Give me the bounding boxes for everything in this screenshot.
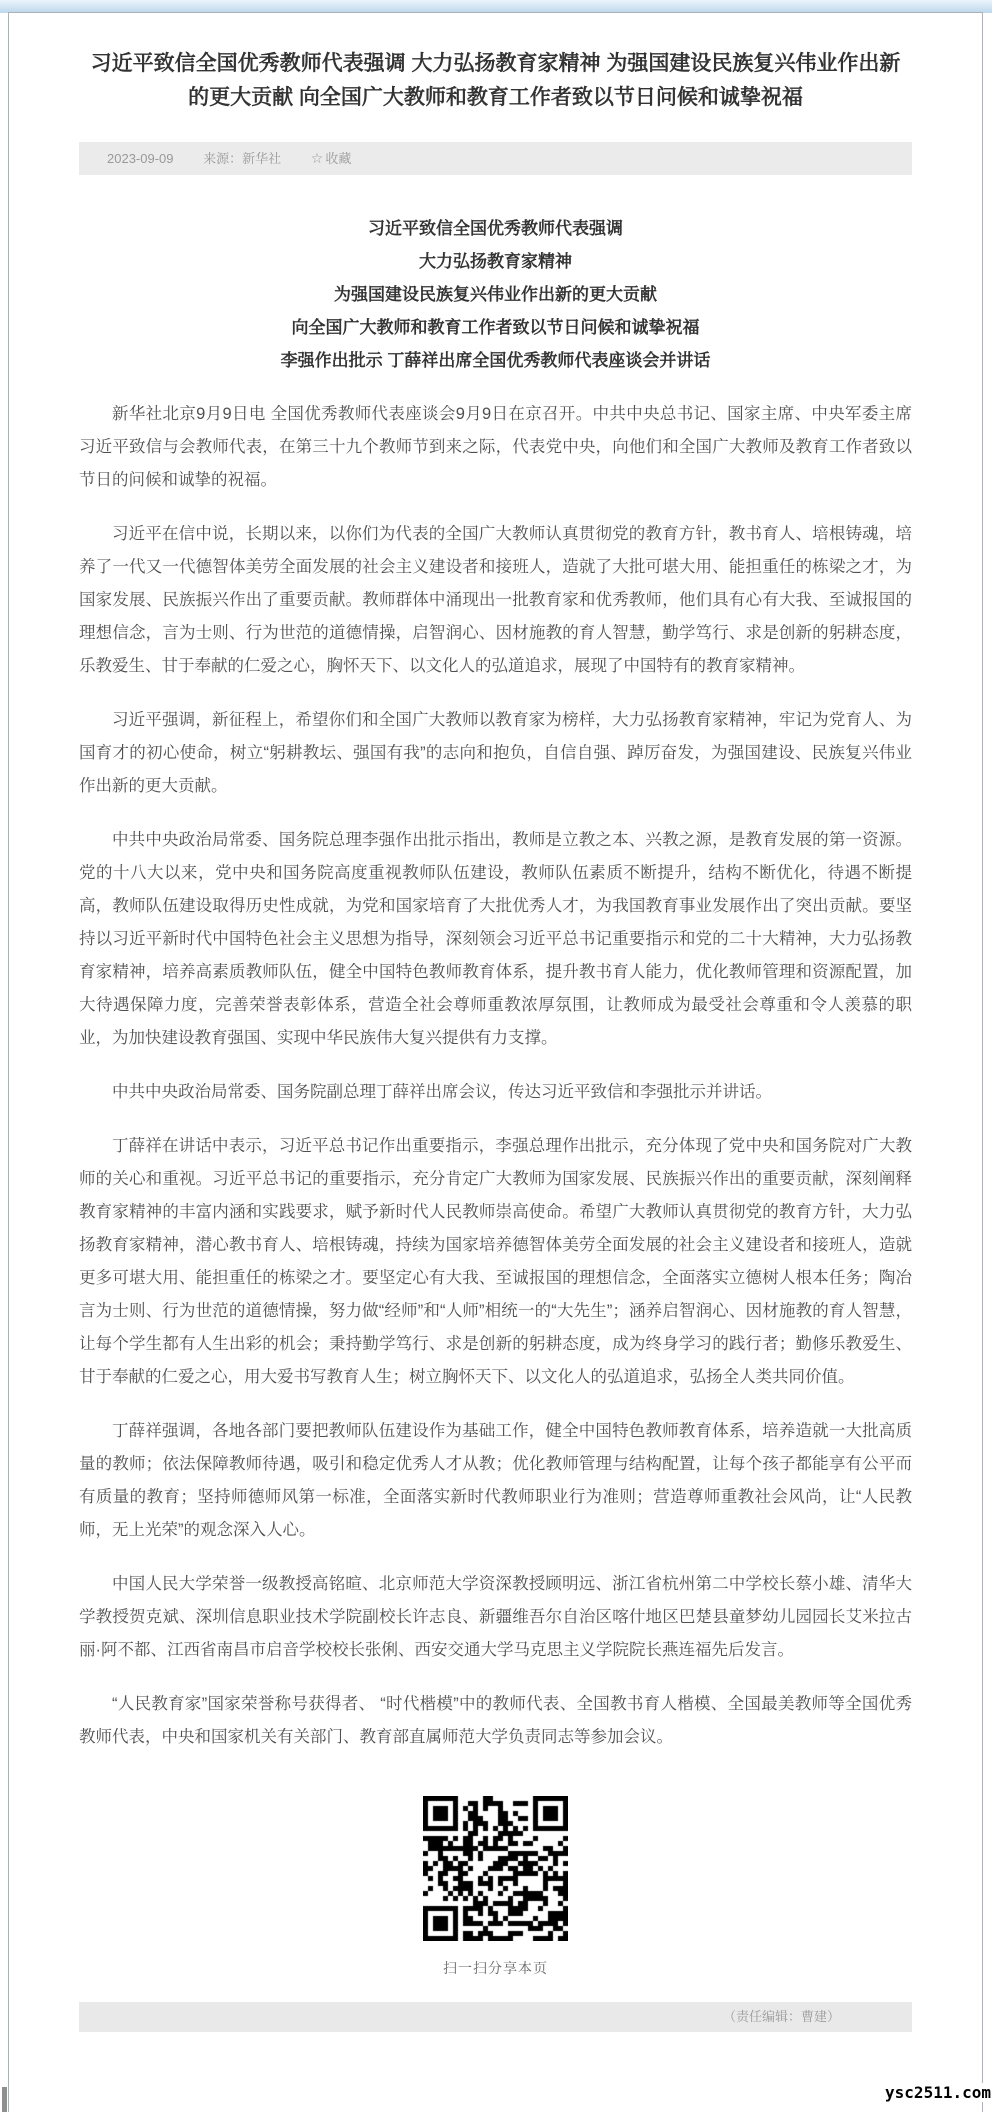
subtitle-line: 为强国建设民族复兴伟业作出新的更大贡献 [79, 278, 912, 311]
article-paragraph: 习近平在信中说，长期以来，以你们为代表的全国广大教师认真贯彻党的教育方针，教书育… [79, 518, 912, 683]
favorite-label: 收藏 [325, 151, 351, 166]
article-paragraph: 新华社北京9月9日电 全国优秀教师代表座谈会9月9日在京召开。中共中央总书记、国… [79, 398, 912, 497]
subtitle-line: 李强作出批示 丁薛祥出席全国优秀教师代表座谈会并讲话 [79, 344, 912, 377]
publish-date: 2023-09-09 [107, 151, 174, 166]
article-paragraph: 丁薛祥在讲话中表示，习近平总书记作出重要指示，李强总理作出批示，充分体现了党中央… [79, 1130, 912, 1394]
subtitle-line: 习近平致信全国优秀教师代表强调 [79, 212, 912, 245]
favorite-button[interactable]: ☆收藏 [311, 151, 352, 166]
subtitle-line: 向全国广大教师和教育工作者致以节日问候和诚挚祝福 [79, 311, 912, 344]
scrollbar-fragment[interactable] [2, 2087, 7, 2112]
qr-wrap [79, 1796, 912, 1946]
watermark: ysc2511.com [884, 2083, 992, 2102]
editor-note: （责任编辑：曹建） [723, 2009, 840, 2024]
article-subtitle: 习近平致信全国优秀教师代表强调大力弘扬教育家精神为强国建设民族复兴伟业作出新的更… [79, 212, 912, 377]
article-paragraph: 中共中央政治局常委、国务院总理李强作出批示指出，教师是立教之本、兴教之源，是教育… [79, 824, 912, 1055]
page-viewport: 习近平致信全国优秀教师代表强调 大力弘扬教育家精神 为强国建设民族复兴伟业作出新… [0, 0, 992, 2112]
article-body: 新华社北京9月9日电 全国优秀教师代表座谈会9月9日在京召开。中共中央总书记、国… [79, 398, 912, 1754]
qr-caption: 扫一扫分享本页 [79, 1958, 912, 1978]
footer-bar: （责任编辑：曹建） [79, 2002, 912, 2032]
meta-bar: 2023-09-09 来源：新华社 ☆收藏 [79, 142, 912, 175]
article-paragraph: 习近平强调，新征程上，希望你们和全国广大教师以教育家为榜样，大力弘扬教育家精神，… [79, 704, 912, 803]
page-title: 习近平致信全国优秀教师代表强调 大力弘扬教育家精神 为强国建设民族复兴伟业作出新… [85, 47, 906, 115]
article-paragraph: 中共中央政治局常委、国务院副总理丁薛祥出席会议，传达习近平致信和李强批示并讲话。 [79, 1076, 912, 1109]
article-paragraph: 中国人民大学荣誉一级教授高铭暄、北京师范大学资深教授顾明远、浙江省杭州第二中学校… [79, 1568, 912, 1667]
article-paragraph: 丁薛祥强调，各地各部门要把教师队伍建设作为基础工作，健全中国特色教师教育体系，培… [79, 1415, 912, 1547]
star-icon: ☆ [311, 150, 324, 166]
qr-code [423, 1796, 568, 1941]
source-label: 来源：新华社 [203, 151, 281, 166]
subtitle-line: 大力弘扬教育家精神 [79, 245, 912, 278]
article-paragraph: “人民教育家”国家荣誉称号获得者、 “时代楷模”中的教师代表、全国教书育人楷模、… [79, 1688, 912, 1754]
article-page: 习近平致信全国优秀教师代表强调 大力弘扬教育家精神 为强国建设民族复兴伟业作出新… [8, 12, 983, 2112]
